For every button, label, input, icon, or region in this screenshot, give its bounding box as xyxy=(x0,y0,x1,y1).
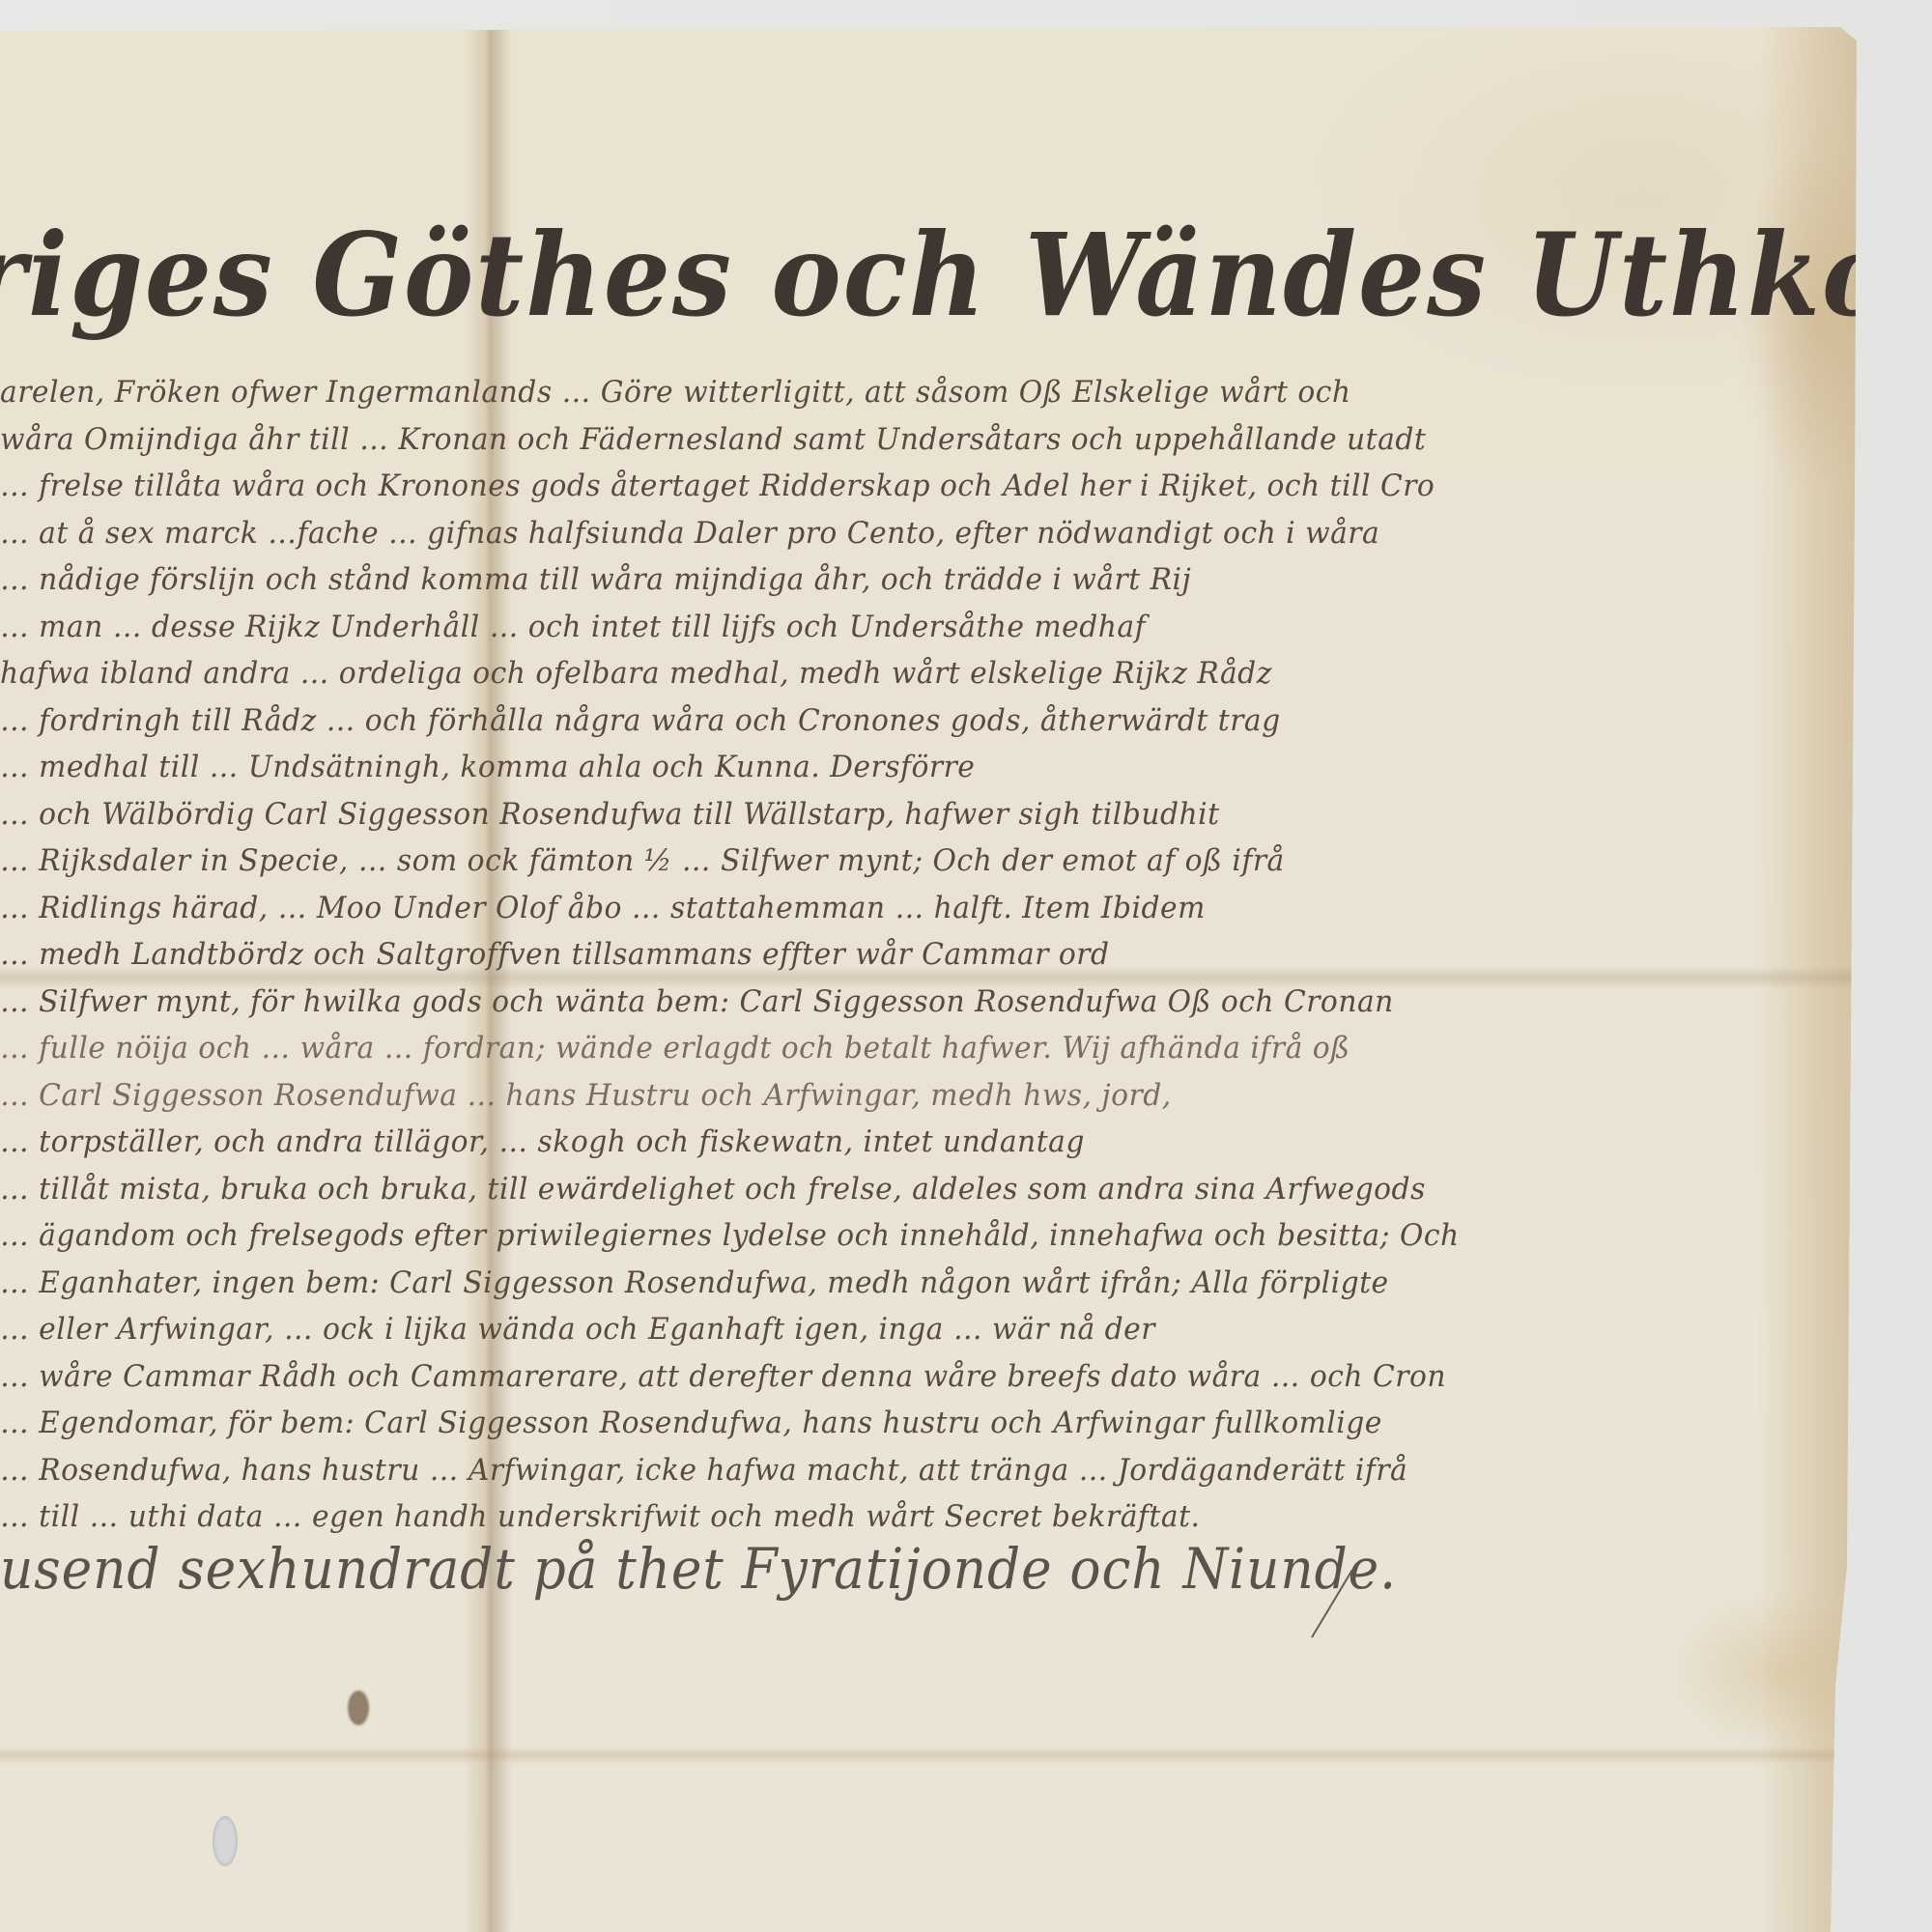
document-body: arelen, Fröken ofwer Ingermanlands … Gör… xyxy=(0,375,1739,1547)
body-line: … eller Arfwingar, … ock i lijka wända o… xyxy=(0,1312,1669,1359)
body-line: hafwa ibland andra … ordeliga och ofelba… xyxy=(0,656,1669,703)
parchment-sheet: riges Göthes och Wändes Uthkorade arelen… xyxy=(0,0,1857,1932)
ink-stain xyxy=(348,1690,369,1725)
body-line: … torpställer, och andra tillägor, … sko… xyxy=(0,1124,1669,1172)
body-line: … nådige förslijn och stånd komma till w… xyxy=(0,562,1669,610)
body-line: … fulle nöija och … wåra … fordran; wänd… xyxy=(0,1031,1669,1078)
parchment-hole xyxy=(213,1816,238,1866)
document-heading: riges Göthes och Wändes Uthkorade xyxy=(0,208,1571,342)
body-line: … Eganhater, ingen bem: Carl Siggesson R… xyxy=(0,1265,1669,1313)
lower-fold-crease xyxy=(0,1747,1835,1764)
body-line: wåra Omijndiga åhr till … Kronan och Fäd… xyxy=(0,422,1669,469)
body-line: … tillåt mista, bruka och bruka, till ew… xyxy=(0,1172,1669,1219)
body-line: … frelse tillåta wåra och Kronones gods … xyxy=(0,469,1669,516)
body-line: … Egendomar, för bem: Carl Siggesson Ros… xyxy=(0,1406,1669,1453)
body-line: … medhal till … Undsätningh, komma ahla … xyxy=(0,750,1669,797)
body-line: … medh Landtbördz och Saltgroffven tills… xyxy=(0,937,1669,984)
body-line: … at å sex marck …fache … gifnas halfsiu… xyxy=(0,516,1669,563)
dating-clause: usend sexhundradt på thet Fyratijonde oc… xyxy=(0,1536,1397,1602)
body-line: … fordringh till Rådz … och förhålla någ… xyxy=(0,703,1669,751)
body-line: … ägandom och frelsegods efter priwilegi… xyxy=(0,1218,1669,1265)
body-line: … Rosendufwa, hans hustru … Arfwingar, i… xyxy=(0,1453,1669,1500)
body-line: … wåre Cammar Rådh och Cammarerare, att … xyxy=(0,1359,1669,1406)
body-line: … och Wälbördig Carl Siggesson Rosendufw… xyxy=(0,797,1669,844)
body-line: … Carl Siggesson Rosendufwa … hans Hustr… xyxy=(0,1078,1669,1125)
body-line: … man … desse Rijkz Underhåll … och inte… xyxy=(0,610,1669,657)
body-line: arelen, Fröken ofwer Ingermanlands … Gör… xyxy=(0,375,1669,422)
body-line: … Rijksdaler in Specie, … som ock fämton… xyxy=(0,843,1669,891)
body-line: … Silfwer mynt, för hwilka gods och wänt… xyxy=(0,984,1669,1032)
closing-flourish-icon xyxy=(1304,1565,1362,1642)
body-line: … Ridlings härad, … Moo Under Olof åbo …… xyxy=(0,891,1669,938)
